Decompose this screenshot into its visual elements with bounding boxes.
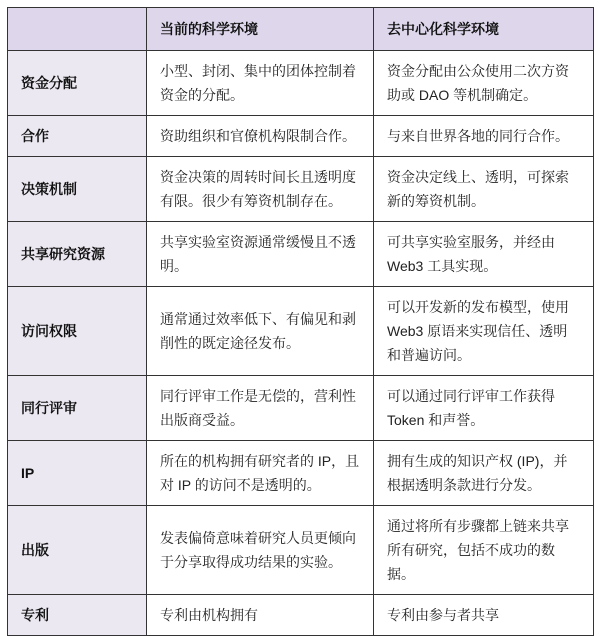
- desci-env-cell: 资金分配由公众使用二次方资助或 DAO 等机制确定。: [374, 51, 594, 116]
- desci-env-cell: 与来自世界各地的同行合作。: [374, 116, 594, 157]
- current-env-cell: 共享实验室资源通常缓慢且不透明。: [147, 222, 374, 287]
- row-label: 共享研究资源: [8, 222, 147, 287]
- current-env-cell: 所在的机构拥有研究者的 IP，且对 IP 的访问不是透明的。: [147, 441, 374, 506]
- corner-cell: [8, 8, 147, 51]
- desci-env-cell: 专利由参与者共享: [374, 595, 594, 636]
- desci-env-cell: 可以通过同行评审工作获得 Token 和声誉。: [374, 376, 594, 441]
- desci-env-cell: 可以开发新的发布模型，使用 Web3 原语来实现信任、透明和普遍访问。: [374, 287, 594, 376]
- comparison-table: 当前的科学环境 去中心化科学环境 资金分配 小型、封闭、集中的团体控制着资金的分…: [7, 7, 594, 636]
- table-row-publishing: 出版 发表偏倚意味着研究人员更倾向于分享取得成功结果的实验。 通过将所有步骤都上…: [8, 506, 594, 595]
- row-label: 访问权限: [8, 287, 147, 376]
- page: 当前的科学环境 去中心化科学环境 资金分配 小型、封闭、集中的团体控制着资金的分…: [0, 0, 600, 628]
- table-row-access: 访问权限 通常通过效率低下、有偏见和剥削性的既定途径发布。 可以开发新的发布模型…: [8, 287, 594, 376]
- table-row-patents: 专利 专利由机构拥有 专利由参与者共享: [8, 595, 594, 636]
- row-label: 出版: [8, 506, 147, 595]
- row-label: 决策机制: [8, 157, 147, 222]
- current-env-cell: 发表偏倚意味着研究人员更倾向于分享取得成功结果的实验。: [147, 506, 374, 595]
- desci-env-cell: 通过将所有步骤都上链来共享所有研究，包括不成功的数据。: [374, 506, 594, 595]
- table-row-decision: 决策机制 资金决策的周转时间长且透明度有限。很少有筹资机制存在。 资金决定线上、…: [8, 157, 594, 222]
- current-env-cell: 小型、封闭、集中的团体控制着资金的分配。: [147, 51, 374, 116]
- table-row-ip: IP 所在的机构拥有研究者的 IP，且对 IP 的访问不是透明的。 拥有生成的知…: [8, 441, 594, 506]
- current-env-cell: 资助组织和官僚机构限制合作。: [147, 116, 374, 157]
- current-env-cell: 资金决策的周转时间长且透明度有限。很少有筹资机制存在。: [147, 157, 374, 222]
- column-header-desci: 去中心化科学环境: [374, 8, 594, 51]
- desci-env-cell: 可共享实验室服务，并经由 Web3 工具实现。: [374, 222, 594, 287]
- row-label: IP: [8, 441, 147, 506]
- table-row-shared-resources: 共享研究资源 共享实验室资源通常缓慢且不透明。 可共享实验室服务，并经由 Web…: [8, 222, 594, 287]
- desci-env-cell: 拥有生成的知识产权 (IP)，并根据透明条款进行分发。: [374, 441, 594, 506]
- row-label: 资金分配: [8, 51, 147, 116]
- desci-env-cell: 资金决定线上、透明，可探索新的筹资机制。: [374, 157, 594, 222]
- table-row-peer-review: 同行评审 同行评审工作是无偿的，营利性出版商受益。 可以通过同行评审工作获得 T…: [8, 376, 594, 441]
- column-header-current: 当前的科学环境: [147, 8, 374, 51]
- current-env-cell: 通常通过效率低下、有偏见和剥削性的既定途径发布。: [147, 287, 374, 376]
- table-row-collaboration: 合作 资助组织和官僚机构限制合作。 与来自世界各地的同行合作。: [8, 116, 594, 157]
- row-label: 同行评审: [8, 376, 147, 441]
- header-row: 当前的科学环境 去中心化科学环境: [8, 8, 594, 51]
- row-label: 合作: [8, 116, 147, 157]
- table-row-funding: 资金分配 小型、封闭、集中的团体控制着资金的分配。 资金分配由公众使用二次方资助…: [8, 51, 594, 116]
- current-env-cell: 同行评审工作是无偿的，营利性出版商受益。: [147, 376, 374, 441]
- current-env-cell: 专利由机构拥有: [147, 595, 374, 636]
- row-label: 专利: [8, 595, 147, 636]
